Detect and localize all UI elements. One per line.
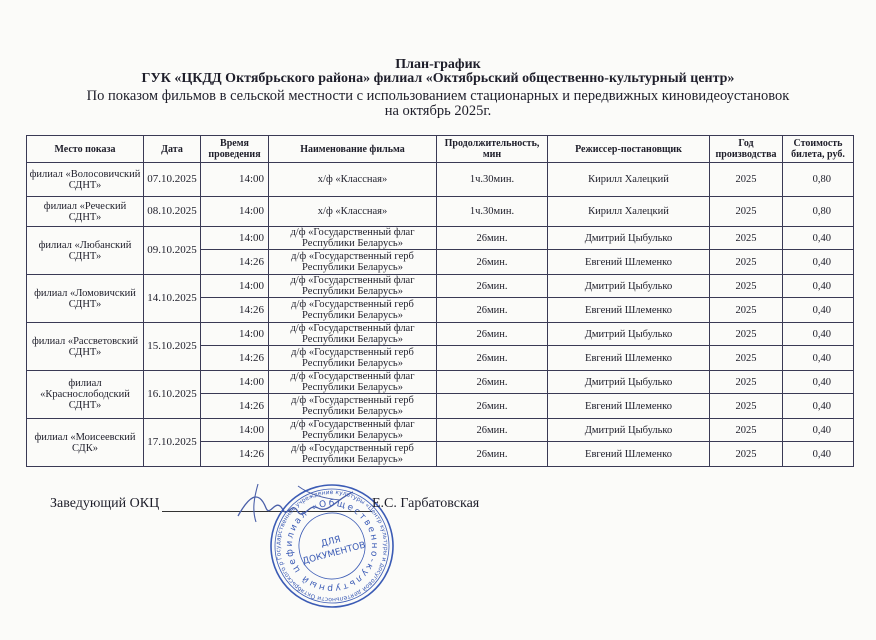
header-duration: Продолжительность, мин (437, 136, 548, 163)
cell-director: Дмитрий Цыбулько (548, 371, 710, 394)
cell-film: д/ф «Государственный герб Республики Бел… (269, 442, 437, 467)
cell-price: 0,40 (783, 419, 854, 442)
cell-director: Евгений Шлеменко (548, 442, 710, 467)
cell-film: д/ф «Государственный флаг Республики Бел… (269, 323, 437, 346)
cell-duration: 26мин. (437, 275, 548, 298)
cell-film: д/ф «Государственный герб Республики Бел… (269, 394, 437, 419)
cell-place: филиал «Любанский СДНТ» (27, 227, 144, 275)
cell-time: 14:26 (201, 346, 269, 371)
cell-price: 0,40 (783, 250, 854, 275)
cell-year: 2025 (710, 371, 783, 394)
cell-film: д/ф «Государственный флаг Республики Бел… (269, 419, 437, 442)
cell-time: 14:00 (201, 197, 269, 227)
cell-date: 08.10.2025 (144, 197, 201, 227)
cell-film: д/ф «Государственный флаг Республики Бел… (269, 371, 437, 394)
header-date: Дата (144, 136, 201, 163)
cell-date: 17.10.2025 (144, 419, 201, 467)
cell-director: Дмитрий Цыбулько (548, 275, 710, 298)
cell-time: 14:26 (201, 298, 269, 323)
table-row: филиал «Волосовичский СДНТ»07.10.202514:… (27, 163, 854, 197)
cell-place: филиал «Рассветовский СДНТ» (27, 323, 144, 371)
cell-director: Евгений Шлеменко (548, 298, 710, 323)
cell-director: Евгений Шлеменко (548, 394, 710, 419)
cell-price: 0,40 (783, 442, 854, 467)
cell-year: 2025 (710, 275, 783, 298)
header-year: Год производства (710, 136, 783, 163)
cell-price: 0,40 (783, 346, 854, 371)
cell-time: 14:00 (201, 371, 269, 394)
cell-film: д/ф «Государственный герб Республики Бел… (269, 250, 437, 275)
cell-year: 2025 (710, 394, 783, 419)
cell-price: 0,40 (783, 394, 854, 419)
table-row: филиал «Любанский СДНТ»09.10.202514:00д/… (27, 227, 854, 250)
cell-place: филиал «Реческий СДНТ» (27, 197, 144, 227)
cell-director: Дмитрий Цыбулько (548, 323, 710, 346)
cell-year: 2025 (710, 298, 783, 323)
cell-price: 0,80 (783, 197, 854, 227)
cell-time: 14:00 (201, 323, 269, 346)
cell-year: 2025 (710, 250, 783, 275)
header-time: Время проведения (201, 136, 269, 163)
cell-duration: 26мин. (437, 250, 548, 275)
cell-duration: 26мин. (437, 323, 548, 346)
table-row: филиал «Ломовичский СДНТ»14.10.202514:00… (27, 275, 854, 298)
cell-film: д/ф «Государственный флаг Республики Бел… (269, 227, 437, 250)
cell-duration: 26мин. (437, 346, 548, 371)
cell-time: 14:00 (201, 163, 269, 197)
cell-duration: 26мин. (437, 419, 548, 442)
cell-duration: 1ч.30мин. (437, 197, 548, 227)
cell-year: 2025 (710, 323, 783, 346)
cell-duration: 26мин. (437, 298, 548, 323)
cell-date: 15.10.2025 (144, 323, 201, 371)
cell-film: д/ф «Государственный флаг Республики Бел… (269, 275, 437, 298)
cell-director: Кирилл Халецкий (548, 197, 710, 227)
cell-date: 07.10.2025 (144, 163, 201, 197)
cell-duration: 26мин. (437, 227, 548, 250)
signer-name: Е.С. Гарбатовская (372, 496, 479, 512)
cell-time: 14:26 (201, 250, 269, 275)
cell-date: 14.10.2025 (144, 275, 201, 323)
organization-name: ГУК «ЦКДД Октябрьского района» филиал «О… (0, 71, 876, 87)
cell-date: 09.10.2025 (144, 227, 201, 275)
document-period: на октябрь 2025г. (0, 103, 876, 120)
cell-year: 2025 (710, 227, 783, 250)
cell-year: 2025 (710, 442, 783, 467)
table-row: филиал «Краснослободский СДНТ»16.10.2025… (27, 371, 854, 394)
cell-film: х/ф «Классная» (269, 163, 437, 197)
cell-duration: 26мин. (437, 371, 548, 394)
cell-place: филиал «Ломовичский СДНТ» (27, 275, 144, 323)
cell-director: Дмитрий Цыбулько (548, 419, 710, 442)
signer-position: Заведующий ОКЦ (50, 496, 159, 512)
cell-price: 0,40 (783, 298, 854, 323)
cell-price: 0,40 (783, 323, 854, 346)
header-director: Режиссер-постановщик (548, 136, 710, 163)
header-film: Наименование фильма (269, 136, 437, 163)
table-row: филиал «Реческий СДНТ»08.10.202514:00х/ф… (27, 197, 854, 227)
schedule-body: филиал «Волосовичский СДНТ»07.10.202514:… (27, 163, 854, 467)
cell-film: х/ф «Классная» (269, 197, 437, 227)
cell-director: Евгений Шлеменко (548, 346, 710, 371)
cell-price: 0,40 (783, 275, 854, 298)
cell-price: 0,40 (783, 371, 854, 394)
cell-year: 2025 (710, 346, 783, 371)
cell-place: филиал «Моисеевский СДК» (27, 419, 144, 467)
table-row: филиал «Рассветовский СДНТ»15.10.202514:… (27, 323, 854, 346)
cell-time: 14:00 (201, 419, 269, 442)
cell-time: 14:26 (201, 442, 269, 467)
cell-duration: 26мин. (437, 394, 548, 419)
cell-film: д/ф «Государственный герб Республики Бел… (269, 346, 437, 371)
cell-duration: 26мин. (437, 442, 548, 467)
cell-director: Евгений Шлеменко (548, 250, 710, 275)
cell-time: 14:00 (201, 227, 269, 250)
header-price: Стоимость билета, руб. (783, 136, 854, 163)
cell-director: Дмитрий Цыбулько (548, 227, 710, 250)
cell-duration: 1ч.30мин. (437, 163, 548, 197)
table-row: филиал «Моисеевский СДК»17.10.202514:00д… (27, 419, 854, 442)
schedule-table: Место показа Дата Время проведения Наиме… (26, 135, 854, 467)
cell-year: 2025 (710, 419, 783, 442)
cell-date: 16.10.2025 (144, 371, 201, 419)
cell-price: 0,40 (783, 227, 854, 250)
cell-director: Кирилл Халецкий (548, 163, 710, 197)
cell-place: филиал «Волосовичский СДНТ» (27, 163, 144, 197)
cell-year: 2025 (710, 197, 783, 227)
table-header-row: Место показа Дата Время проведения Наиме… (27, 136, 854, 163)
cell-price: 0,80 (783, 163, 854, 197)
cell-place: филиал «Краснослободский СДНТ» (27, 371, 144, 419)
cell-time: 14:00 (201, 275, 269, 298)
header-place: Место показа (27, 136, 144, 163)
cell-film: д/ф «Государственный герб Республики Бел… (269, 298, 437, 323)
cell-year: 2025 (710, 163, 783, 197)
cell-time: 14:26 (201, 394, 269, 419)
